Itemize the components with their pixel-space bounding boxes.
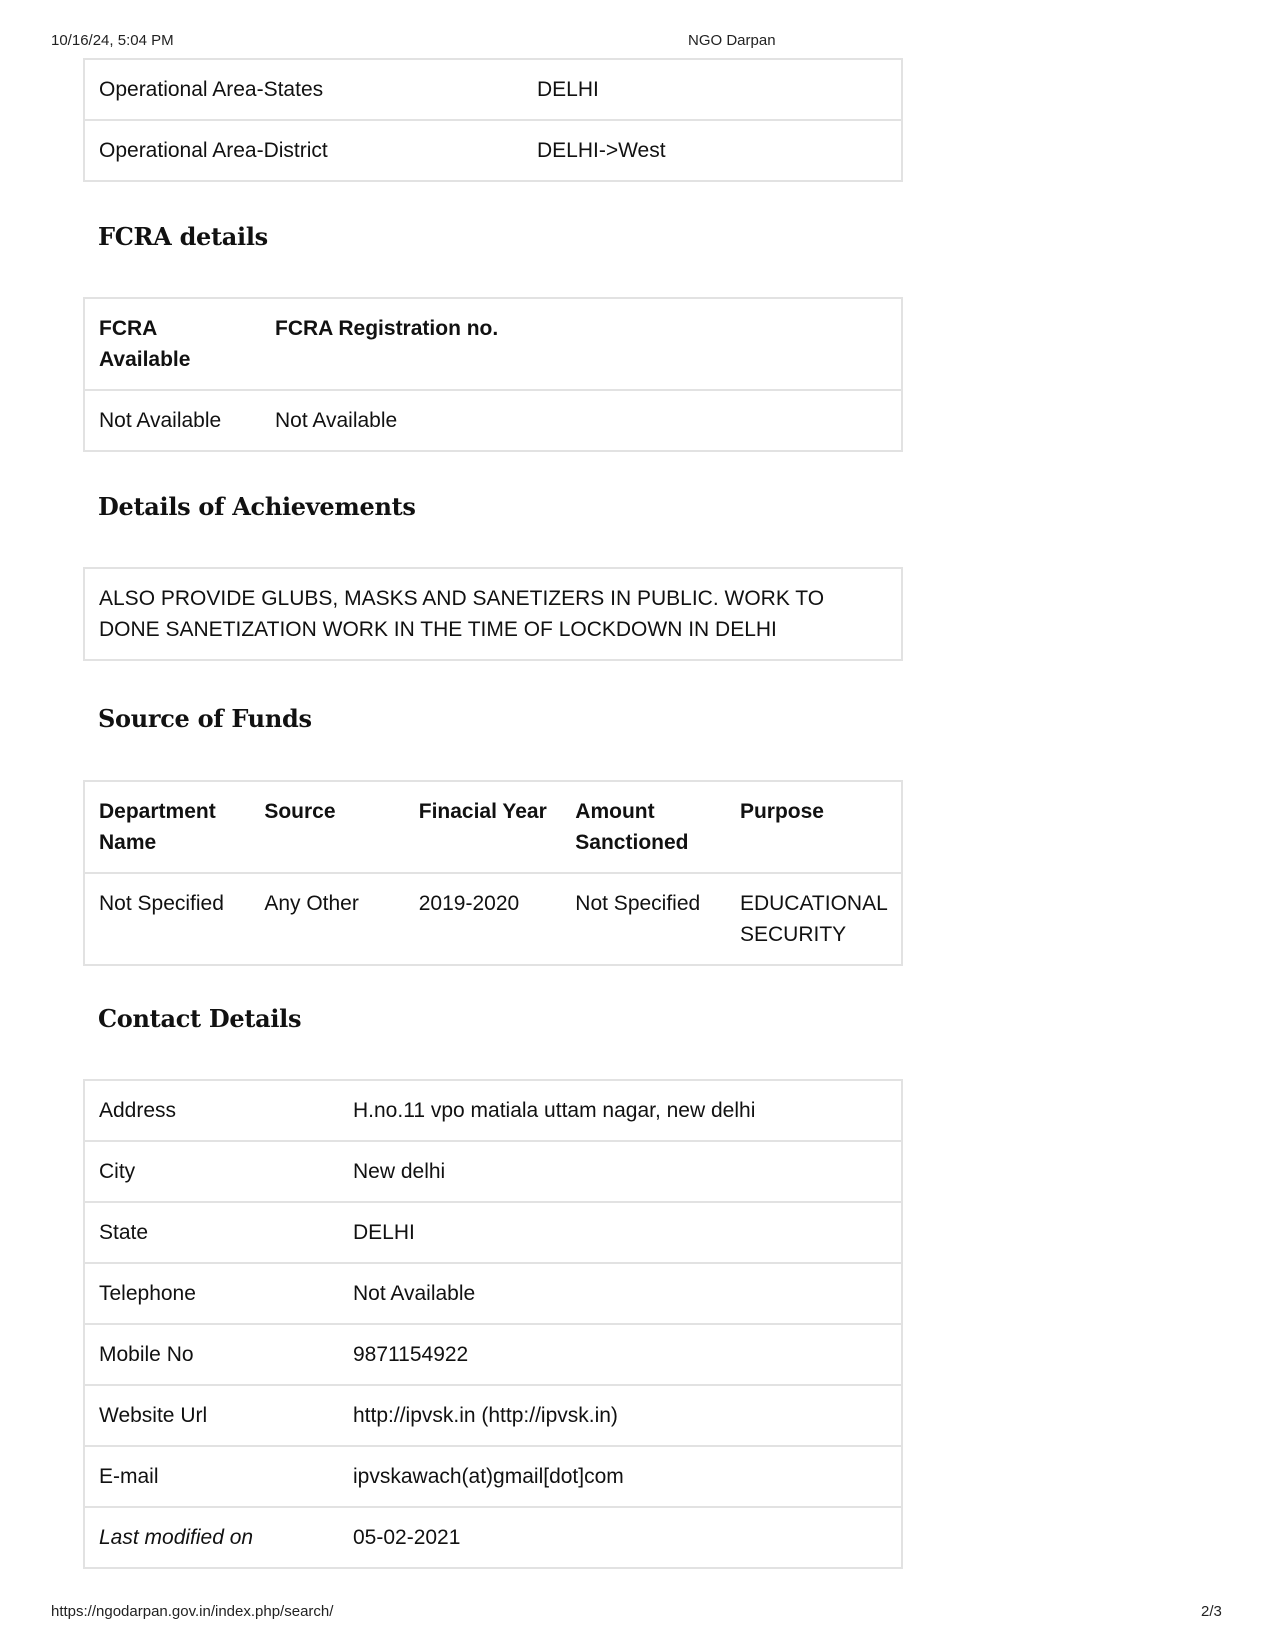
email-label: E-mail	[84, 1446, 339, 1507]
fcra-section: FCRA Available FCRA Registration no. Not…	[83, 297, 903, 452]
row-value: DELHI	[523, 59, 902, 120]
table-row: ALSO PROVIDE GLUBS, MASKS AND SANETIZERS…	[84, 568, 902, 660]
funds-heading: Source of Funds	[98, 704, 312, 733]
mobile-label: Mobile No	[84, 1324, 339, 1385]
purpose-cell: EDUCATIONAL SECURITY	[726, 873, 902, 965]
email-value: ipvskawach(at)gmail[dot]com	[339, 1446, 902, 1507]
table-row: E-mail ipvskawach(at)gmail[dot]com	[84, 1446, 902, 1507]
fcra-available-cell: Not Available	[84, 390, 261, 451]
contact-table: Address H.no.11 vpo matiala uttam nagar,…	[83, 1079, 903, 1569]
column-header: Source	[250, 781, 404, 873]
table-row: Website Url http://ipvsk.in (http://ipvs…	[84, 1385, 902, 1446]
table-row: Operational Area-States DELHI	[84, 59, 902, 120]
last-modified-label: Last modified on	[84, 1507, 339, 1568]
column-header: FCRA Available	[84, 298, 261, 390]
table-row: State DELHI	[84, 1202, 902, 1263]
column-header: Department Name	[84, 781, 250, 873]
website-label: Website Url	[84, 1385, 339, 1446]
fcra-registration-cell: Not Available	[261, 390, 902, 451]
city-value: New delhi	[339, 1141, 902, 1202]
fcra-table: FCRA Available FCRA Registration no. Not…	[83, 297, 903, 452]
column-header: Purpose	[726, 781, 902, 873]
funds-section: Department Name Source Finacial Year Amo…	[83, 780, 903, 966]
table-row: Address H.no.11 vpo matiala uttam nagar,…	[84, 1080, 902, 1141]
city-label: City	[84, 1141, 339, 1202]
operational-area-section: Operational Area-States DELHI Operationa…	[83, 58, 903, 182]
table-row: Operational Area-District DELHI->West	[84, 120, 902, 181]
table-row: Last modified on 05-02-2021	[84, 1507, 902, 1568]
print-title: NGO Darpan	[688, 32, 776, 49]
column-header: Amount Sanctioned	[561, 781, 726, 873]
row-label: Operational Area-States	[84, 59, 523, 120]
print-date: 10/16/24, 5:04 PM	[51, 32, 174, 49]
amount-cell: Not Specified	[561, 873, 726, 965]
telephone-value: Not Available	[339, 1263, 902, 1324]
contact-section: Address H.no.11 vpo matiala uttam nagar,…	[83, 1079, 903, 1569]
source-cell: Any Other	[250, 873, 404, 965]
column-header: FCRA Registration no.	[261, 298, 902, 390]
table-row: Not Specified Any Other 2019-2020 Not Sp…	[84, 873, 902, 965]
mobile-value: 9871154922	[339, 1324, 902, 1385]
print-url: https://ngodarpan.gov.in/index.php/searc…	[51, 1603, 333, 1620]
achievements-text: ALSO PROVIDE GLUBS, MASKS AND SANETIZERS…	[84, 568, 902, 660]
table-row: Mobile No 9871154922	[84, 1324, 902, 1385]
state-value: DELHI	[339, 1202, 902, 1263]
achievements-section: ALSO PROVIDE GLUBS, MASKS AND SANETIZERS…	[83, 567, 903, 661]
table-row: City New delhi	[84, 1141, 902, 1202]
department-cell: Not Specified	[84, 873, 250, 965]
financial-year-cell: 2019-2020	[405, 873, 562, 965]
funds-table: Department Name Source Finacial Year Amo…	[83, 780, 903, 966]
row-value: DELHI->West	[523, 120, 902, 181]
telephone-label: Telephone	[84, 1263, 339, 1324]
state-label: State	[84, 1202, 339, 1263]
achievements-heading: Details of Achievements	[98, 492, 416, 521]
table-row: Telephone Not Available	[84, 1263, 902, 1324]
achievements-table: ALSO PROVIDE GLUBS, MASKS AND SANETIZERS…	[83, 567, 903, 661]
table-header-row: Department Name Source Finacial Year Amo…	[84, 781, 902, 873]
address-value: H.no.11 vpo matiala uttam nagar, new del…	[339, 1080, 902, 1141]
last-modified-value: 05-02-2021	[339, 1507, 902, 1568]
row-label: Operational Area-District	[84, 120, 523, 181]
address-label: Address	[84, 1080, 339, 1141]
contact-heading: Contact Details	[98, 1004, 301, 1033]
column-header: Finacial Year	[405, 781, 562, 873]
page-number: 2/3	[1201, 1603, 1222, 1620]
table-row: Not Available Not Available	[84, 390, 902, 451]
fcra-heading: FCRA details	[98, 222, 268, 251]
table-header-row: FCRA Available FCRA Registration no.	[84, 298, 902, 390]
operational-area-table: Operational Area-States DELHI Operationa…	[83, 58, 903, 182]
website-link[interactable]: http://ipvsk.in (http://ipvsk.in)	[339, 1385, 902, 1446]
